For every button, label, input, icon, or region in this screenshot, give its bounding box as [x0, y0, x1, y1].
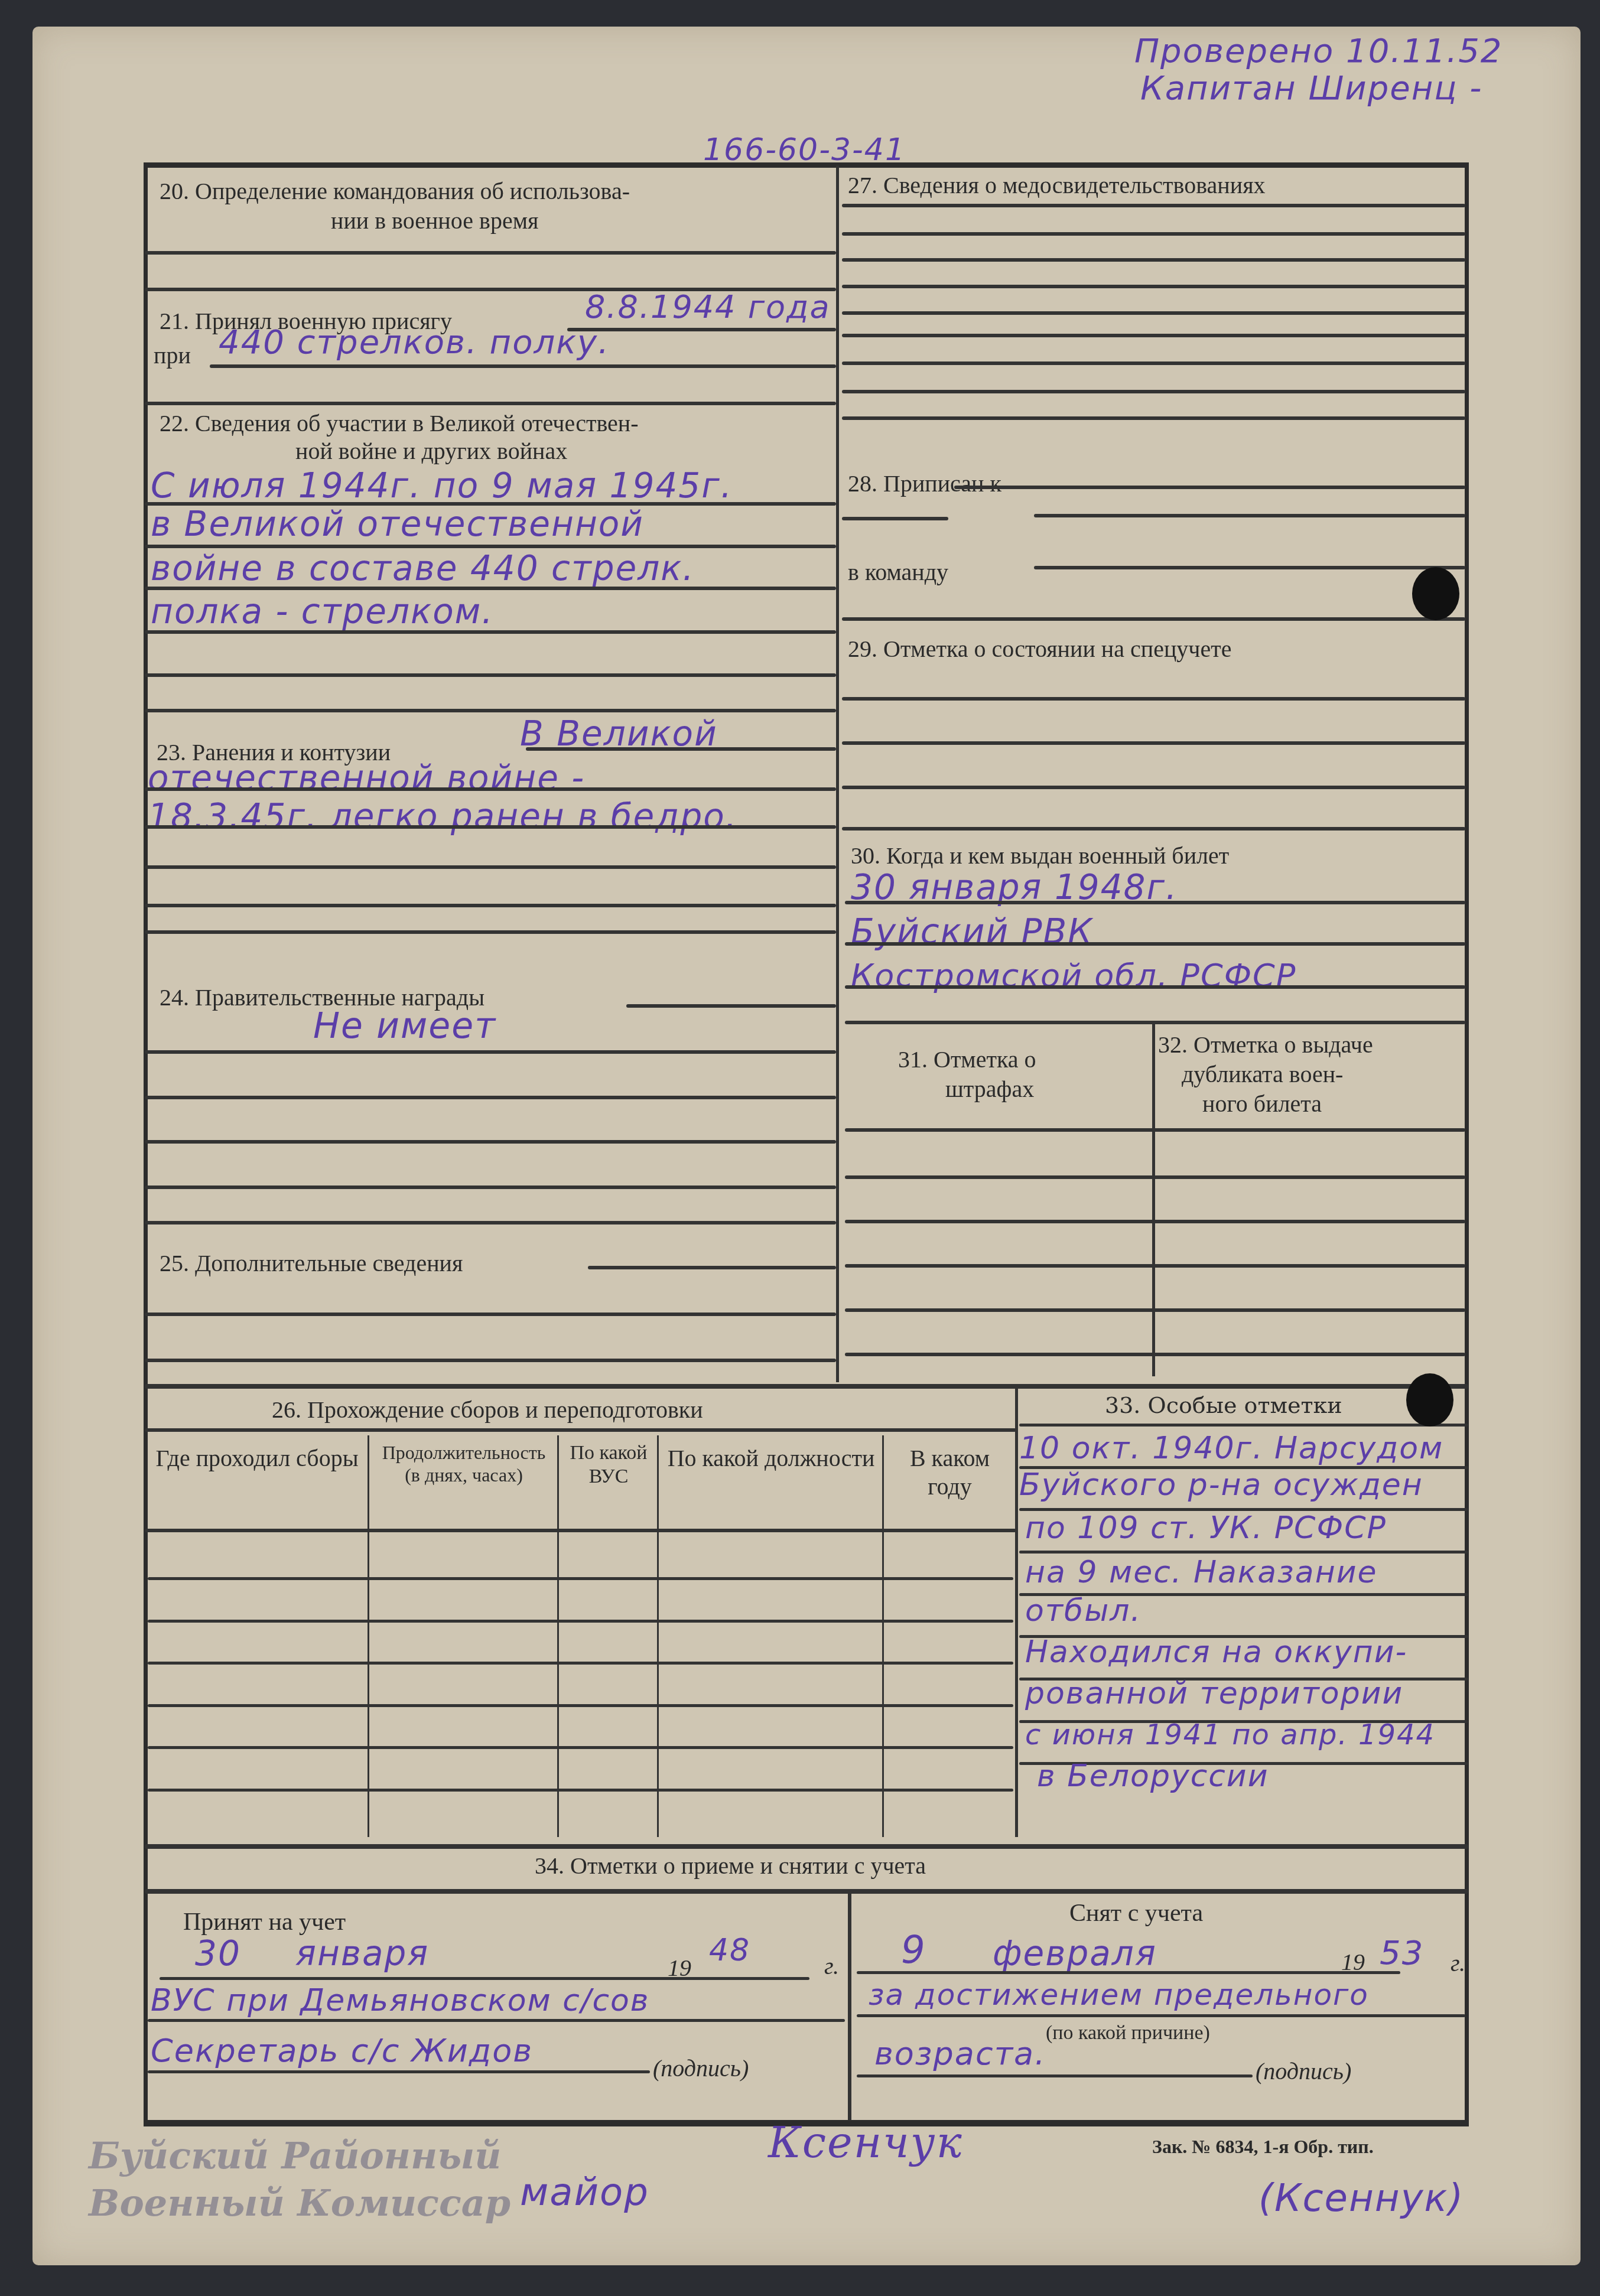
s28-label: 28. Приписан к: [848, 470, 1001, 498]
s26-s33-divider: [1015, 1388, 1018, 1837]
s22-line-4[interactable]: полка - стрелком.: [151, 592, 494, 630]
s28-label-line: [954, 486, 1465, 489]
s20-label-line1: 20. Определение командования об использо…: [160, 177, 630, 206]
s33-line-4[interactable]: на 9 мес. Наказание: [1025, 1554, 1377, 1591]
s29-rule-3: [842, 786, 1465, 789]
s29-rule-2: [842, 741, 1465, 745]
s34-accepted-label: Принят на учет: [183, 1908, 346, 1936]
s23-line-3[interactable]: 18.3.45г. легко ранен в бедро.: [148, 797, 737, 835]
s34-title-bottom: [145, 1889, 1468, 1894]
s24-rule-3: [145, 1140, 836, 1144]
punch-hole: [1412, 567, 1459, 620]
s26-header-bottom: [145, 1529, 1016, 1532]
s33-line-3[interactable]: по 109 ст. УК. РСФСР: [1025, 1509, 1387, 1547]
s25-rule-1: [145, 1313, 836, 1316]
s33-title-bottom: [1019, 1424, 1468, 1427]
s27-label: 27. Сведения о медосвидетельствованиях: [848, 171, 1266, 200]
s34-removed-year[interactable]: 53: [1380, 1934, 1424, 1972]
s34-removed-label: Снят с учета: [1069, 1899, 1203, 1927]
s33-line-1[interactable]: 10 окт. 1940г. Нарсудом: [1019, 1429, 1443, 1467]
s34-accepted-year-prefix: 19: [668, 1954, 691, 1982]
s25-rule-2: [145, 1359, 836, 1362]
s31-label-line1: 31. Отметка о: [898, 1046, 1036, 1074]
s29-label: 29. Отметка о состоянии на спецучете: [848, 635, 1231, 663]
s34-accepted-place-line: [148, 2019, 845, 2022]
s23-rule-3: [145, 825, 836, 829]
verified-note-line1: Проверено 10.11.52: [1134, 32, 1503, 70]
s34-removed-reason-line1[interactable]: за достижением предельного: [869, 1976, 1369, 2014]
s33-line-5[interactable]: отбыл.: [1025, 1592, 1142, 1630]
s27-rule-3: [842, 258, 1465, 262]
s34-accepted-date-line: [160, 1977, 809, 1980]
s26-title: 26. Прохождение сборов и переподготовки: [272, 1396, 703, 1424]
s34-removed-year-prefix: 19: [1341, 1948, 1365, 1976]
s26-col-3: По какой ВУС: [561, 1441, 656, 1489]
commissar-rank: майор: [520, 2174, 649, 2212]
s22-line-3[interactable]: войне в составе 440 стрелк.: [151, 549, 695, 587]
s32-label-line1: 32. Отметка о выдаче: [1158, 1031, 1373, 1059]
print-info: Зак. № 6834, 1-я Обр. тип.: [1152, 2132, 1374, 2161]
s32-label-line2: дубликата воен-: [1182, 1060, 1343, 1089]
commissar-stamp-line1: Буйский Районный: [89, 2132, 501, 2180]
s25-label-line: [588, 1266, 836, 1269]
commissar-stamp-line2: Военный Комиссар: [89, 2180, 510, 2227]
s34-accepted-year[interactable]: 48: [709, 1932, 750, 1969]
s34-removed-reason-line: [857, 2014, 1465, 2017]
s34-accepted-sign-line: [148, 2070, 650, 2073]
s34-accepted-month[interactable]: января: [295, 1934, 429, 1972]
s23-line-2[interactable]: отечественной войне -: [148, 759, 585, 797]
s24-label-line: [626, 1004, 836, 1008]
s26-col-divider-4: [882, 1435, 884, 1837]
s33-line-2[interactable]: Буйского р-на осужден: [1019, 1466, 1423, 1504]
s31-32-rule-5: [845, 1353, 1465, 1356]
s33-line-8[interactable]: с июня 1941 по апр. 1944: [1025, 1716, 1435, 1754]
s22-line-2[interactable]: в Великой отечественной: [151, 505, 644, 543]
section-26-top: [145, 1384, 1468, 1389]
s30-rule-2: [845, 942, 1465, 946]
s34-divider: [848, 1890, 851, 2121]
s24-bottom: [145, 1221, 836, 1224]
s24-rule-1: [145, 1050, 836, 1054]
s31-s32-divider: [1152, 1022, 1155, 1376]
s27-bottom: [842, 416, 1465, 420]
s23-rule-1: [526, 747, 836, 751]
s30-rule-3: [845, 985, 1465, 989]
s22-bottom: [145, 673, 836, 677]
s31-32-rule-1: [845, 1175, 1465, 1179]
s26-row-rule: [148, 1662, 1013, 1665]
s29-rule-1: [842, 697, 1465, 701]
s27-rule-6: [842, 334, 1465, 337]
s34-accepted-place[interactable]: ВУС при Демьяновском с/сов: [151, 1982, 650, 2020]
s28-team-label: в команду: [848, 558, 948, 587]
s30-line-3[interactable]: Костромской обл. РСФСР: [851, 957, 1296, 995]
s22-label-line1: 22. Сведения об участии в Великой отечес…: [160, 409, 639, 438]
s34-removed-date-line: [857, 1971, 1400, 1974]
s34-accepted-day[interactable]: 30: [195, 1934, 241, 1972]
s23-bottom: [145, 930, 836, 934]
s23-rule-5: [145, 904, 836, 907]
s34-title: 34. Отметки о приеме и снятии с учета: [535, 1852, 926, 1880]
s23-top: [145, 709, 836, 712]
s22-label-line2: ной войне и других войнах: [295, 437, 567, 465]
s26-col-divider-2: [557, 1435, 559, 1837]
s34-accepted-signature-label: (подпись): [653, 2054, 749, 2083]
s27-rule-4: [842, 285, 1465, 288]
s31-32-header-bottom: [845, 1128, 1465, 1132]
s29-bottom: [842, 827, 1465, 831]
s34-accepted-signer[interactable]: Секретарь с/с Жидов: [151, 2032, 533, 2070]
s34-removed-year-unit: г.: [1451, 1949, 1465, 1978]
section-34-top: [145, 1844, 1468, 1849]
s26-title-bottom: [145, 1428, 1016, 1432]
s26-col-5: В каком году: [886, 1444, 1013, 1501]
s28-team-line: [1034, 566, 1465, 569]
s22-rule-3: [145, 587, 836, 590]
s25-label: 25. Дополнительные сведения: [160, 1249, 463, 1278]
s26-col-divider-3: [657, 1435, 659, 1837]
s31-label-line2: штрафах: [945, 1075, 1034, 1103]
s34-removed-day[interactable]: 9: [901, 1932, 926, 1969]
s21-bottom: [145, 402, 836, 405]
s21-at-value[interactable]: 440 стрелков. полку.: [219, 324, 610, 362]
verified-note-line2: Капитан Ширенц -: [1140, 70, 1482, 108]
s30-label: 30. Когда и кем выдан военный билет: [851, 842, 1229, 870]
s28-rule-1b: [1034, 514, 1465, 517]
s33-line-6[interactable]: Находился на оккупи-: [1025, 1633, 1407, 1671]
punch-hole: [1406, 1373, 1453, 1427]
s26-col-2: Продолжительность (в днях, часах): [372, 1441, 555, 1486]
column-divider: [836, 165, 839, 1382]
s24-rule-2: [145, 1096, 836, 1099]
s27-rule-8: [842, 390, 1465, 393]
s27-rule-1: [842, 204, 1465, 207]
s33-line-9[interactable]: в Белоруссии: [1037, 1757, 1269, 1795]
s27-rule-7: [842, 362, 1465, 365]
commissar-signature: Ксенчук: [768, 2124, 963, 2161]
s27-rule-5: [842, 311, 1465, 315]
s31-32-rule-4: [845, 1308, 1465, 1312]
s26-row-rule: [148, 1746, 1013, 1749]
s26-row-rule: [148, 1577, 1013, 1580]
s34-removed-month[interactable]: февраля: [993, 1934, 1157, 1972]
s34-removed-reason-line2[interactable]: возраста.: [874, 2035, 1046, 2073]
s34-removed-signature-label: (подпись): [1256, 2057, 1351, 2086]
s27-rule-2: [842, 232, 1465, 236]
s32-label-line3: ного билета: [1202, 1090, 1322, 1118]
s34-removed-reason-hint: (по какой причине): [1046, 2019, 1210, 2047]
s26-row-rule: [148, 1789, 1013, 1792]
s28-bottom: [842, 617, 1465, 621]
s20-label-line2: нии в военное время: [331, 207, 538, 235]
s22-rule-4: [145, 630, 836, 634]
s26-col-1: Где проходил сборы: [151, 1444, 363, 1473]
s33-line-7[interactable]: рованной территории: [1025, 1675, 1403, 1712]
s24-value[interactable]: Не имеет: [313, 1007, 496, 1045]
s26-row-rule: [148, 1704, 1013, 1707]
s22-line-1[interactable]: С июля 1944г. по 9 мая 1945г.: [151, 467, 733, 504]
s30-rule-1: [845, 901, 1465, 904]
s20-line: [145, 251, 836, 255]
s28-rule-1a: [842, 517, 948, 520]
s21-date[interactable]: 8.8.1944 года: [585, 288, 830, 326]
s34-accepted-year-unit: г.: [824, 1952, 839, 1981]
s23-rule-2: [145, 787, 836, 791]
commissar-name: (Ксеннук): [1258, 2180, 1464, 2217]
s21-at-line: [210, 364, 836, 368]
s26-row-rule: [148, 1620, 1013, 1623]
s34-removed-sign-line: [857, 2074, 1253, 2077]
s30-bottom: [845, 1021, 1465, 1024]
s33-title: 33. Особые отметки: [1105, 1391, 1342, 1419]
s23-rule-4: [145, 865, 836, 869]
s24-rule-4: [145, 1186, 836, 1189]
s21-at-label: при: [154, 341, 191, 370]
s26-col-divider-1: [368, 1435, 369, 1837]
s31-32-rule-2: [845, 1220, 1465, 1223]
s26-col-4: По какой должности: [662, 1444, 880, 1473]
s31-32-rule-3: [845, 1264, 1465, 1268]
